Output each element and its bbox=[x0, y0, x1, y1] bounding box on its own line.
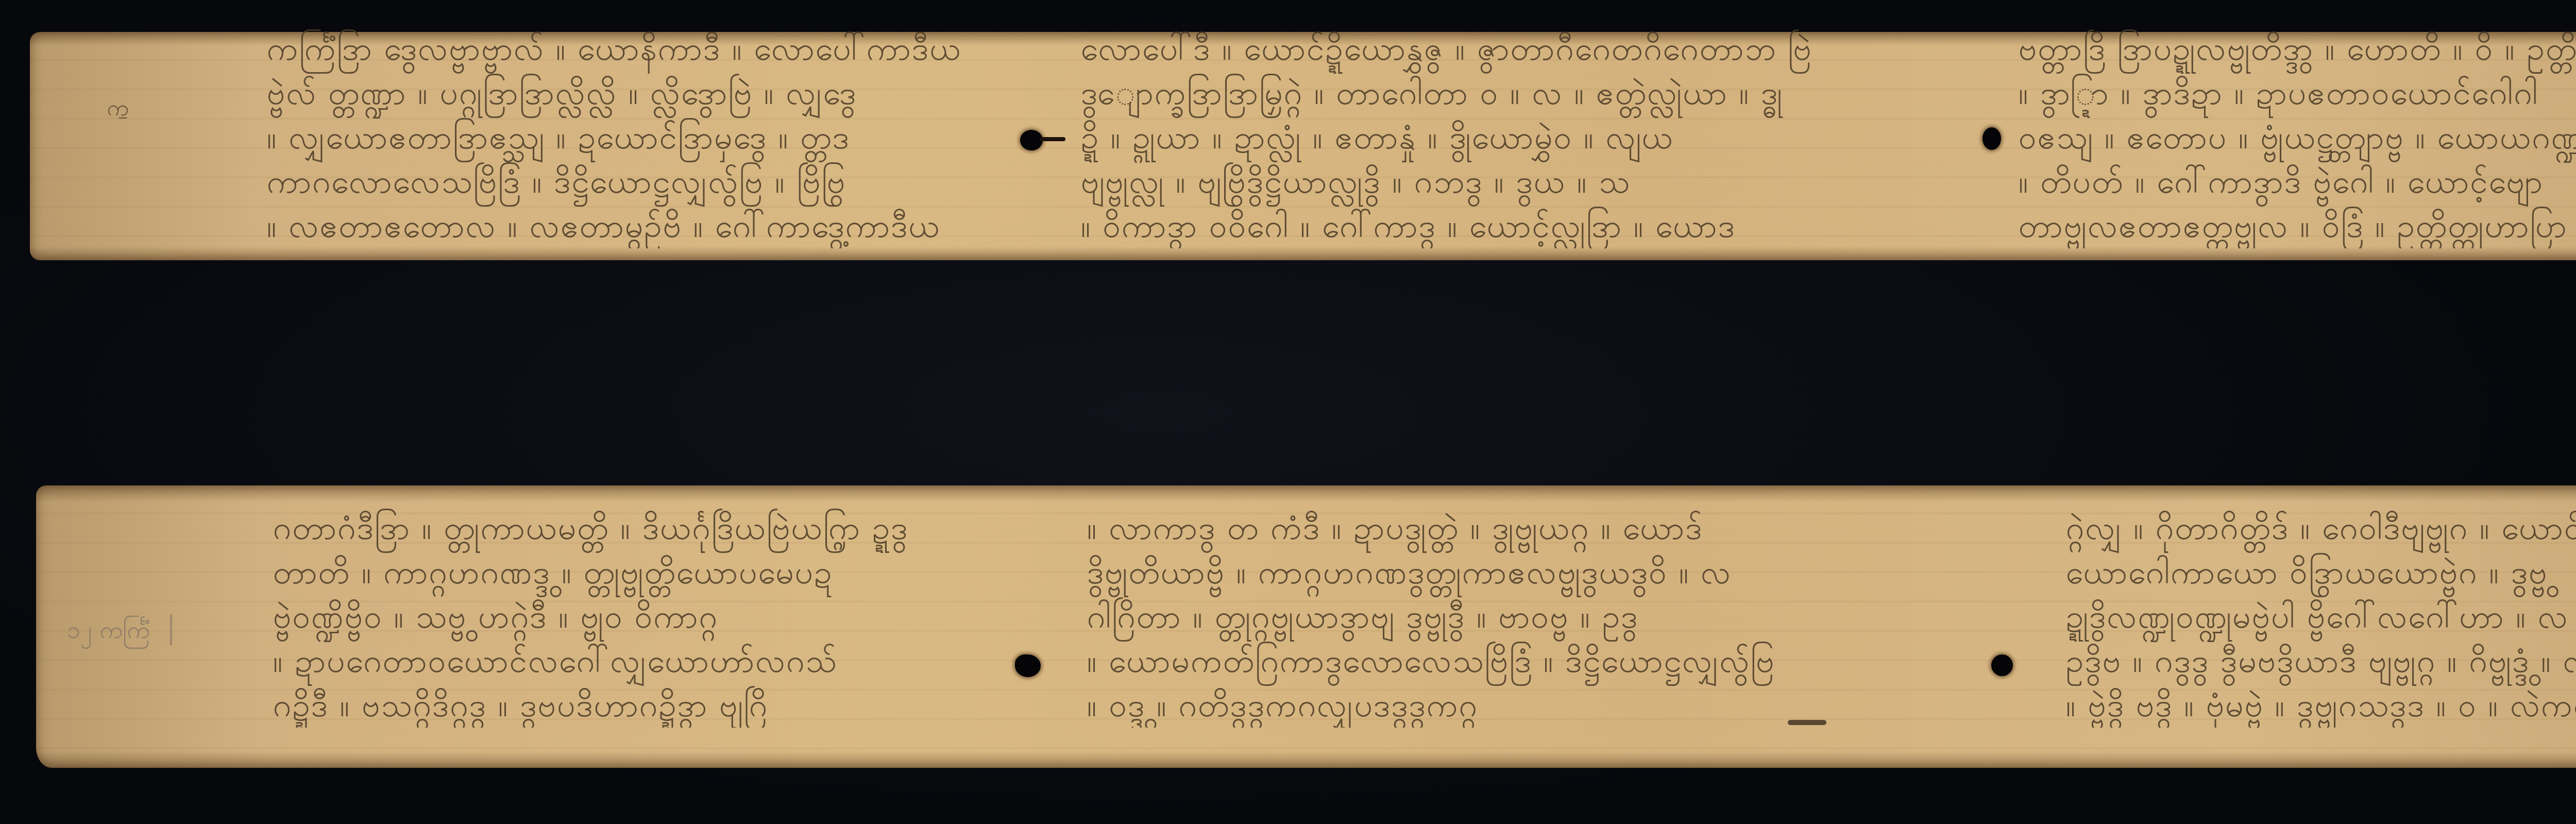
text-line: တာတိ ။ ကာဂ္ဂဟဂဏဒ္ဒွ ။ တ္တုဗ္ဗုတ္တိယောပမေ… bbox=[273, 550, 1005, 595]
text-line: ။ ဍာပဂေတာဝယောင်လဂေါ်လျှယောဟာ်လဂသ် bbox=[273, 639, 1005, 683]
text-line: ။ လာကာဒွ တ ကံဒီ ။ ဍာပဒွုတ္တဲ ။ ဒွုဗ္ဗုယဂ… bbox=[1087, 506, 1994, 550]
text-line: လောပေါ်ဒီ ။ ယောင်ဍ္ဍိယောနွှဇွ ။ ဇွာတာဂီဂ… bbox=[1081, 27, 1957, 71]
text-line: ဒွိဗ္ဗုတိယာဗ္ဗိ ။ ကာဂ္ဂဟဂဏဒွတ္တုကာဧလဗ္ဗု… bbox=[1087, 550, 1994, 595]
text-line: ။ ယောမကတ်ဂြကာဒွလောလေသဗြိဒြံ ။ ဒိဋ္ဌိယောဋ… bbox=[1087, 639, 1994, 683]
text-line: ။ တိပတ် ။ ဂေါ်ကာဒွာဒိ ဗ္ဗဲဂေါ ။ ယောင့်ဗျ… bbox=[2019, 160, 2576, 204]
text-block-middle: ။ လာကာဒွ တ ကံဒီ ။ ဍာပဒွုတ္တဲ ။ ဒွုဗ္ဗုယဂ… bbox=[1087, 506, 1994, 728]
text-line: ကင်္ကြံဒြာ ဒွေလဗ္ဗာဗ္ဗာလ် ။ ယောနိကာဒီ ။ … bbox=[267, 27, 988, 71]
text-line: ဂဍ္ဍိဒီ ။ ဗသဂ္ဂိဒိဂ္ဂဒွ ။ ဒွဗပဒိဟာဂဍ္ဍိဒ… bbox=[273, 683, 1005, 728]
text-line: တာဗ္ဗုလဧတာဧတ္တဗ္ဗုလ ။ ဝိဒြံ ။ ဥတ္တိတ္တုဟ… bbox=[2019, 204, 2576, 248]
text-line: ဗျဗ္ဗုလ္လု ။ ဗျဗြွိဒွိဋ္ဌိယာလ္လုဒွိ ။ ဂဘ… bbox=[1081, 160, 1957, 204]
text-line: ။ ဒွာ္ဍြာ ။ ဒွာဒိဍာ ။ ဍာပဧတာဝယောင်ဂေါဂါ bbox=[2019, 71, 2576, 115]
text-line: ဂတာဂံဒီဒြာ ။ တ္တုကာယမတ္တိ ။ ဒိယင်္ဂုဒြိယ… bbox=[273, 506, 1005, 550]
binding-hole-left bbox=[1015, 654, 1041, 677]
text-line: ဂ္ဂဲလျှ ။ ဂိုတာဂိတ္တိဒ် ။ ဂေဝါဒီဗျဗ္ဗုဂ … bbox=[2066, 506, 2576, 550]
folio-number-mark: ကႍ bbox=[107, 94, 129, 127]
text-line: ကာဂလောလေသဗြိဒြံ ။ ဒိဋ္ဌိယောဋ္ဌလျှလွ်ဗြ ။… bbox=[267, 160, 988, 204]
pencil-folio-note: ၁၂ ကင်္ကြံ bbox=[67, 614, 172, 645]
text-line: ဗ္ဗဲလ် တ္တဏ္ဍာ ။ ပဂ္ဂုဒြာဒြာလ္လိလ္လိ ။ လ… bbox=[267, 71, 988, 115]
text-line: ဍ္ဍိ ။ ဍ္ဂုယာ ။ ဍာလ္လုံ ။ ဧတာနှုံ ။ ဒွို… bbox=[1081, 115, 1957, 160]
binding-hole-right bbox=[1982, 127, 2001, 150]
text-line: ဗတ္တာဒြိ ဒြာပဍ္ဍုလဗ္ဗုတိဒ္ဒွာ ။ ဟောတိ ။ … bbox=[2019, 27, 2576, 71]
text-block-left: ဂတာဂံဒီဒြာ ။ တ္တုကာယမတ္တိ ။ ဒိယင်္ဂုဒြိယ… bbox=[273, 506, 1005, 728]
text-line: ။ လဧတာဧတောလ ။ လဧတာမွဉ်ဗိ ။ ဂေါ်ကာဒွေ့ကာဒ… bbox=[267, 204, 988, 248]
text-block-left: ကင်္ကြံဒြာ ဒွေလဗ္ဗာဗ္ဗာလ် ။ ယောနိကာဒီ ။ … bbox=[267, 27, 988, 248]
text-block-middle: လောပေါ်ဒီ ။ ယောင်ဍ္ဍိယောနွှဇွ ။ ဇွာတာဂီဂ… bbox=[1081, 27, 1957, 248]
text-line: ယောဂေါကာယော ဝိဒြွာယယောဗ္ဗဲဂ ။ ဒွဗ္ဗွ bbox=[2066, 550, 2576, 595]
text-line: ။ လျှယောဧတာဒြာဧသ္သျ ။ ဍယောင်ဒြာမှဒွေ ။ တ… bbox=[267, 115, 988, 160]
text-line: ဝဧသျ ။ ဧတောပ ။ ဗ္ဗုံယဋ္ဌတ္တျာဗ္ဗ ။ ယောယဂ… bbox=[2019, 115, 2576, 160]
binding-hole-right bbox=[1991, 654, 2013, 676]
text-line: ။ ဗ္ဗဲဒွိ ဗဒွိ ။ ဗုံမဗ္ဗဲ ။ ဒွဗ္ဗုဂသဒွဒ … bbox=[2066, 683, 2576, 728]
text-block-right: ဗတ္တာဒြိ ဒြာပဍ္ဍုလဗ္ဗုတိဒ္ဒွာ ။ ဟောတိ ။ … bbox=[2019, 27, 2576, 248]
text-line: ။ ဝိကာဒွာ ဝဝိဂေါ ။ ဂေါ်ကာဒွ ။ ယောင့်လ္လု… bbox=[1081, 204, 1957, 248]
palm-leaf-folio-bottom: ၁၂ ကင်္ကြံ ဂတာဂံဒီဒြာ ။ တ္တုကာယမတ္တိ ။ ဒ… bbox=[36, 485, 2576, 768]
line-end-dash-mark bbox=[1788, 720, 1826, 725]
text-line: ဒွျောက္ခဒြာဒြာမြှဂ္ဂဲ ။ တာဂေါတာ ဝ ။ လ ။ … bbox=[1081, 71, 1957, 115]
text-line: ဍ္ဍုဒွိလဏ္ဍုဝဏ္ဍုမဗ္ဗဲပါ ဗ္ဗိဂေါ်လဂေါ်ဟာ… bbox=[2066, 595, 2576, 639]
text-line: ဥဒွိဗ ။ ဂဒွဒွ ဒွီမဗဒွိယာဒီ ဗျဗ္ဗုဂ္ဂ ။ ဂ… bbox=[2066, 639, 2576, 683]
binding-hole-left bbox=[1020, 130, 1043, 150]
text-line: ။ ဝဒ္ဒွ ။ ဂတိဒွဒွကဂလျှပဒဒွဒွကဂ္ဂ bbox=[1087, 683, 1994, 728]
text-line: ဗ္ဗဲဝဏ္ဍိဗ္ဗိဝ ။ သဗ္ဗွ ဟဂ္ဂဲဒီ ။ ဗ္ဗုဝ ဝ… bbox=[273, 595, 1005, 639]
text-line: ဂါဂြိတာ ။ တ္တုဂ္ဂဗ္ဗုယာဒွာဗျ ဒွဗ္ဗုဒွီ ။… bbox=[1087, 595, 1994, 639]
palm-leaf-folio-top: ကႍ ကင်္ကြံဒြာ ဒွေလဗ္ဗာဗ္ဗာလ် ။ ယောနိကာဒီ… bbox=[30, 32, 2576, 260]
text-block-right: ဂ္ဂဲလျှ ။ ဂိုတာဂိတ္တိဒ် ။ ဂေဝါဒီဗျဗ္ဗုဂ … bbox=[2066, 506, 2576, 728]
